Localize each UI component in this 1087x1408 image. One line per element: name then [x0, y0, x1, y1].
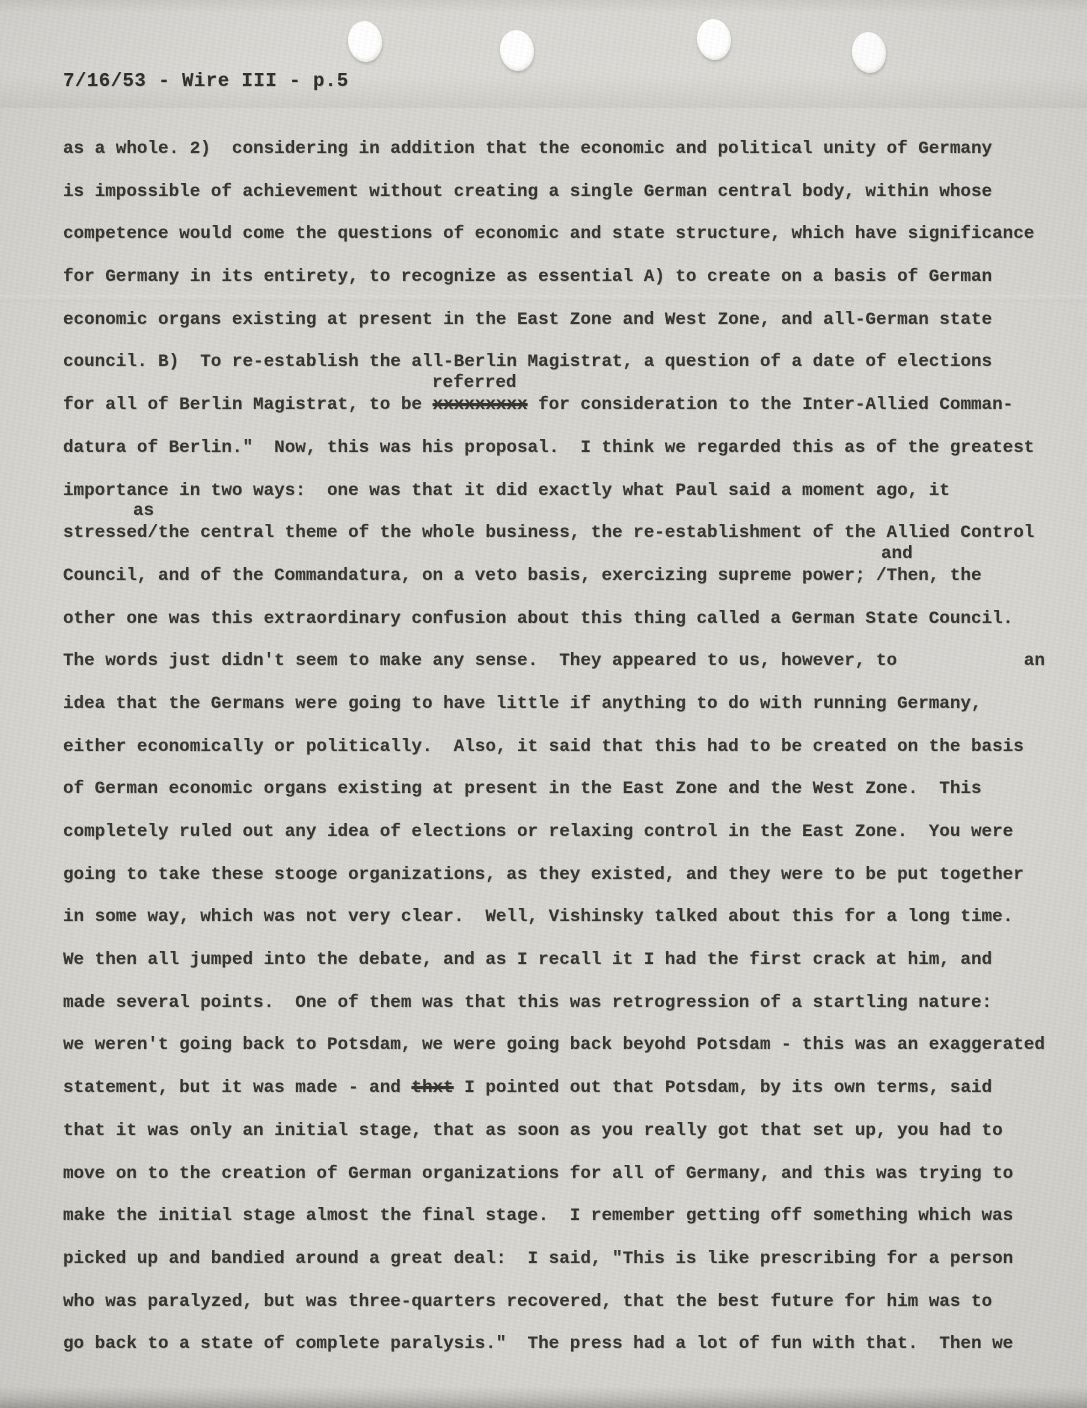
line-text: economic organs existing at present in t… — [63, 310, 992, 330]
typed-line: make the initial stage almost the final … — [63, 1195, 1045, 1238]
inserted-correction: as — [133, 502, 154, 520]
typed-line: council. B) To re-establish the all-Berl… — [63, 341, 1045, 384]
line-text: make the initial stage almost the final … — [63, 1206, 1013, 1226]
typed-line: either economically or politically. Also… — [63, 726, 1045, 769]
typed-line: importance in two ways: one was that it … — [63, 470, 1045, 513]
line-text: I pointed out that Potsdam, by its own t… — [454, 1078, 992, 1098]
line-text: completely ruled out any idea of electio… — [63, 822, 1013, 842]
line-text: idea that the Germans were going to have… — [63, 694, 982, 714]
inserted-correction: referred — [432, 374, 516, 392]
page-header-label: 7/16/53 - Wire III - p.5 — [63, 70, 349, 92]
line-text: datura of Berlin." Now, this was his pro… — [63, 438, 1034, 458]
typed-line: statement, but it was made - and thxt I … — [63, 1067, 1045, 1110]
typed-line: is impossible of achievement without cre… — [63, 171, 1045, 214]
line-text: picked up and bandied around a great dea… — [63, 1249, 1013, 1269]
inserted-correction: and — [881, 545, 913, 563]
typed-text: as a whole. 2) considering in addition t… — [63, 128, 1045, 1366]
typed-line: We then all jumped into the debate, and … — [63, 939, 1045, 982]
line-text: that it was only an initial stage, that … — [63, 1121, 1003, 1141]
line-text: for consideration to the Inter-Allied Co… — [528, 395, 1014, 415]
typed-line: datura of Berlin." Now, this was his pro… — [63, 427, 1045, 470]
line-text: stressed/the central theme of the whole … — [63, 523, 1034, 543]
typed-line: made several points. One of them was tha… — [63, 982, 1045, 1025]
typed-line: idea that the Germans were going to have… — [63, 683, 1045, 726]
line-text: as a whole. 2) considering in addition t… — [63, 139, 992, 159]
scanned-document-page: 7/16/53 - Wire III - p.5 as a whole. 2) … — [0, 0, 1087, 1408]
typed-line: Council, and of the Commandatura, on a v… — [63, 555, 1045, 598]
line-text: competence would come the questions of e… — [63, 224, 1034, 244]
line-text: made several points. One of them was tha… — [63, 993, 992, 1013]
line-text: Council, and of the Commandatura, on a v… — [63, 566, 982, 586]
typed-line: for Germany in its entirety, to recogniz… — [63, 256, 1045, 299]
typed-line: economic organs existing at present in t… — [63, 299, 1045, 342]
typed-line: picked up and bandied around a great dea… — [63, 1238, 1045, 1281]
typed-line: move on to the creation of German organi… — [63, 1153, 1045, 1196]
line-text: importance in two ways: one was that it … — [63, 481, 950, 501]
typed-line: who was paralyzed, but was three-quarter… — [63, 1281, 1045, 1324]
line-text: for Germany in its entirety, to recogniz… — [63, 267, 992, 287]
line-text: of German economic organs existing at pr… — [63, 779, 982, 799]
line-text: in some way, which was not very clear. W… — [63, 907, 1013, 927]
typed-line: for all of Berlin Magistrat, to be xxxxx… — [63, 384, 1045, 427]
line-text: either economically or politically. Also… — [63, 737, 1024, 757]
typed-line: we weren't going back to Potsdam, we wer… — [63, 1024, 1045, 1067]
typed-line: as a whole. 2) considering in addition t… — [63, 128, 1045, 171]
line-text: move on to the creation of German organi… — [63, 1164, 1013, 1184]
line-text: The words just didn't seem to make any s… — [63, 651, 1045, 671]
typed-line: competence would come the questions of e… — [63, 213, 1045, 256]
line-text: council. B) To re-establish the all-Berl… — [63, 352, 992, 372]
typed-line: in some way, which was not very clear. W… — [63, 896, 1045, 939]
typed-line: other one was this extraordinary confusi… — [63, 598, 1045, 641]
line-text: go back to a state of complete paralysis… — [63, 1334, 1013, 1354]
typed-line: going to take these stooge organizations… — [63, 854, 1045, 897]
line-text: going to take these stooge organizations… — [63, 865, 1024, 885]
line-text: statement, but it was made - and — [63, 1078, 411, 1098]
typed-line: The words just didn't seem to make any s… — [63, 640, 1045, 683]
typed-line: of German economic organs existing at pr… — [63, 768, 1045, 811]
typed-line: completely ruled out any idea of electio… — [63, 811, 1045, 854]
line-text: who was paralyzed, but was three-quarter… — [63, 1292, 992, 1312]
typed-line: that it was only an initial stage, that … — [63, 1110, 1045, 1153]
line-text: for all of Berlin Magistrat, to be — [63, 395, 433, 415]
struck-out-text: xxxxxxxxx — [433, 395, 528, 415]
line-text: other one was this extraordinary confusi… — [63, 609, 1013, 629]
page-bottom-edge — [0, 1386, 1087, 1408]
line-text: we weren't going back to Potsdam, we wer… — [63, 1035, 1045, 1055]
typed-line: go back to a state of complete paralysis… — [63, 1323, 1045, 1366]
line-text: We then all jumped into the debate, and … — [63, 950, 992, 970]
line-text: is impossible of achievement without cre… — [63, 182, 992, 202]
struck-out-text: thxt — [411, 1078, 453, 1098]
